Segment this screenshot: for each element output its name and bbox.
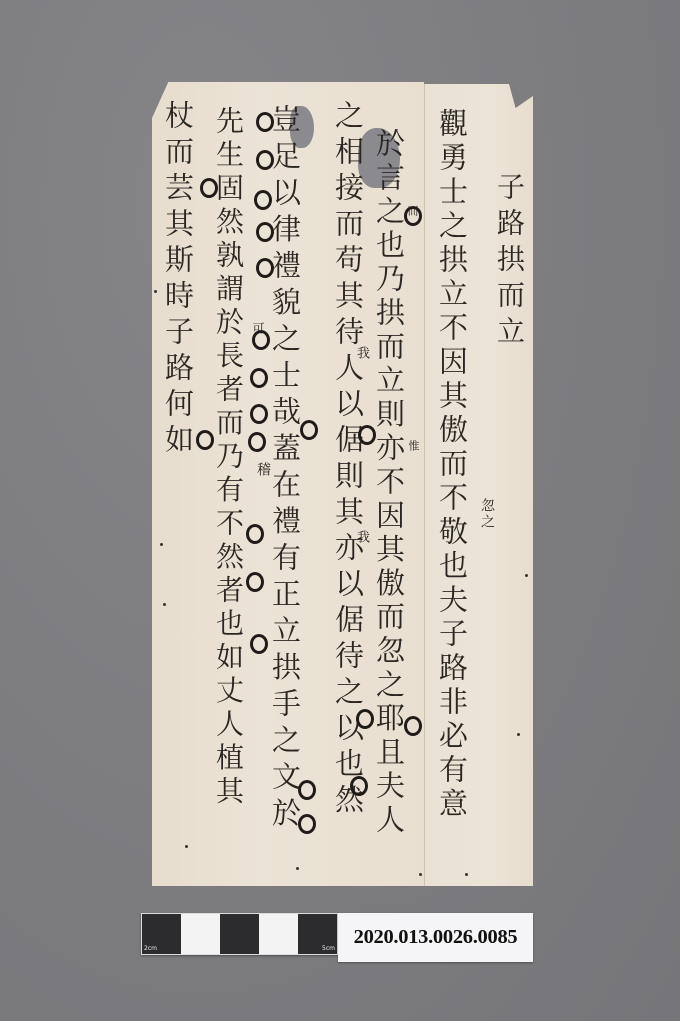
column-6: 先生固然孰謂於長者而乃有不然者也如丈人植其 [214,106,242,810]
ink-speck [163,603,166,606]
ink-speck [419,873,422,876]
scale-left-label: 2cm [144,945,157,952]
punctuation-circle [358,425,376,445]
ink-speck [160,543,163,546]
punctuation-circle [300,420,318,440]
column-1-title: 子路拱而立 [495,172,523,352]
punctuation-circle [404,206,422,226]
scale-segment-dark: 5cm [298,914,337,954]
punctuation-circle [256,150,274,170]
column-7: 杖而芸其斯時子路何如 [163,100,192,460]
annotation: 稽 [256,462,270,483]
punctuation-circle [250,634,268,654]
ink-speck [525,574,528,577]
punctuation-circle [256,222,274,242]
column-3: 於言之也乃拱而立則亦不因其傲而忽之耶且夫人 [374,128,403,838]
ink-speck [185,845,188,848]
accession-number-label: 2020.013.0026.0085 [338,913,533,962]
punctuation-circle [252,330,270,350]
punctuation-circle [350,776,368,796]
scale-bar: 2cm 5cm [141,913,338,955]
punctuation-circle [298,780,316,800]
ink-speck [465,873,468,876]
punctuation-circle [250,368,268,388]
scale-segment-dark: 2cm [142,914,181,954]
punctuation-circle [250,404,268,424]
punctuation-circle [404,716,422,736]
scale-right-label: 5cm [322,945,335,952]
punctuation-circle [246,524,264,544]
punctuation-circle [196,430,214,450]
punctuation-circle [356,709,374,729]
annotation: 我 [355,530,368,550]
ink-speck [154,290,157,293]
scale-segment-light [259,914,298,954]
ink-speck [296,867,299,870]
scale-segment-dark [220,914,259,954]
column-5: 豈足以律禮貌之士哉蓋在禮有正立拱手之文於 [270,104,299,834]
punctuation-circle [254,190,272,210]
annotation: 忽之 [480,498,494,530]
punctuation-circle [256,258,274,278]
annotation: 惟 [408,440,419,458]
punctuation-circle [200,178,218,198]
annotation: 我 [355,346,368,366]
punctuation-circle [298,814,316,834]
punctuation-circle [246,572,264,592]
column-2: 觀勇士之拱立不因其傲而不敬也夫子路非必有意 [437,108,466,822]
ink-speck [517,733,520,736]
punctuation-circle [256,112,274,132]
punctuation-circle [248,432,266,452]
scale-segment-light [181,914,220,954]
